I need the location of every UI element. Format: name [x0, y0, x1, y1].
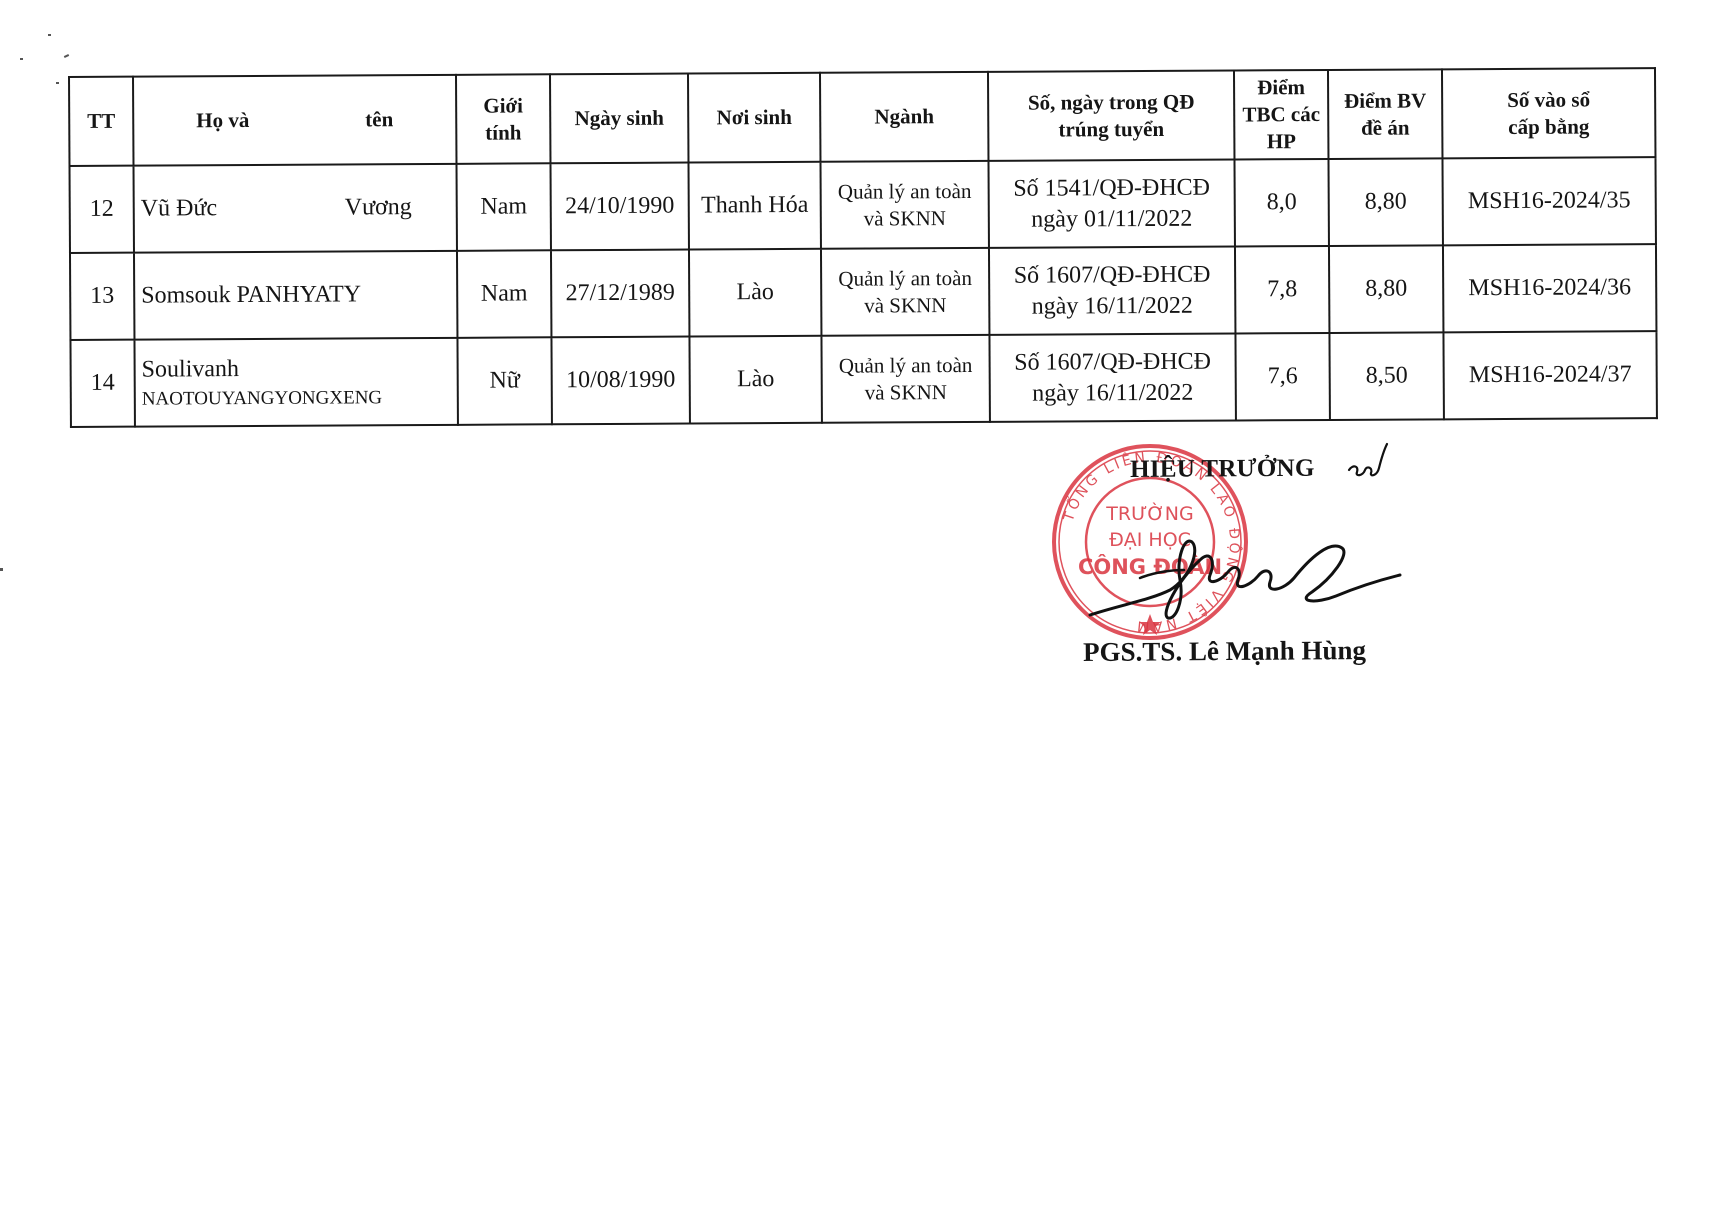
cell-date-of-birth: 27/12/1989	[551, 250, 689, 338]
cell-certificate-number: MSH16-2024/36	[1443, 244, 1656, 332]
header-gender: Giới tính	[456, 74, 550, 164]
signer-name: PGS.TS. Lê Mạnh Hùng	[1083, 635, 1366, 668]
cell-major: Quản lý an toàn và SKNN	[821, 248, 989, 336]
cell-admission-decision: Số 1607/QĐ-ĐHCĐ ngày 16/11/2022	[989, 246, 1235, 334]
handwritten-signature-icon	[1080, 520, 1410, 630]
header-major: Ngành	[820, 72, 988, 162]
graduates-table: TT Họ và tên Giới tính Ngày sinh Nơi sin…	[68, 67, 1658, 428]
name-first: Soulivanh	[142, 356, 239, 383]
cell-major: Quản lý an toàn và SKNN	[820, 161, 988, 249]
cell-date-of-birth: 10/08/1990	[551, 337, 689, 425]
cell-full-name: Somsouk PANHYATY	[134, 251, 457, 340]
cell-defense-score: 8,80	[1328, 158, 1442, 246]
table-row: 12 Vũ Đức Vương Nam 24/10/1990 Thanh Hóa…	[70, 157, 1656, 253]
cell-date-of-birth: 24/10/1990	[550, 163, 688, 251]
header-admission-decision: Số, ngày trong QĐ trúng tuyển	[988, 70, 1234, 160]
cell-full-name: Soulivanh NAOTOUYANGYONGXENG	[134, 338, 457, 427]
name-first: Vũ Đức	[141, 193, 217, 224]
cell-gender: Nam	[457, 250, 551, 338]
cell-certificate-number: MSH16-2024/37	[1443, 331, 1656, 419]
header-name-part1: Họ và	[196, 107, 249, 134]
scan-speck	[64, 54, 69, 58]
header-full-name: Họ và tên	[133, 75, 456, 166]
cell-birthplace: Thanh Hóa	[688, 162, 820, 250]
scan-speck	[56, 82, 59, 84]
header-date-of-birth: Ngày sinh	[550, 74, 688, 164]
graduates-table-container: TT Họ và tên Giới tính Ngày sinh Nơi sin…	[68, 67, 1656, 428]
cell-certificate-number: MSH16-2024/35	[1442, 157, 1655, 245]
header-certificate-number: Số vào sổ cấp bằng	[1442, 68, 1655, 158]
cell-gpa: 8,0	[1234, 159, 1328, 247]
cell-gpa: 7,8	[1235, 246, 1329, 334]
header-defense-score: Điểm BV đề án	[1328, 69, 1442, 159]
cell-admission-decision: Số 1541/QĐ-ĐHCĐ ngày 01/11/2022	[988, 159, 1234, 247]
table-row: 13 Somsouk PANHYATY Nam 27/12/1989 Lào Q…	[70, 244, 1656, 340]
scan-speck	[20, 58, 23, 60]
cell-tt: 12	[70, 166, 134, 253]
table-row: 14 Soulivanh NAOTOUYANGYONGXENG Nữ 10/08…	[70, 331, 1656, 427]
cell-defense-score: 8,80	[1329, 245, 1443, 333]
cell-admission-decision: Số 1607/QĐ-ĐHCĐ ngày 16/11/2022	[989, 333, 1235, 421]
signature-block: TỔNG LIÊN ĐOÀN LAO ĐỘNG VIỆT NAM TRƯỜNG …	[1030, 440, 1430, 680]
scan-speck	[48, 34, 51, 36]
cell-gender: Nam	[456, 163, 550, 251]
name-last: NAOTOUYANGYONGXENG	[142, 386, 453, 412]
initial-mark-icon	[1345, 440, 1391, 486]
cell-tt: 14	[70, 340, 134, 427]
signature-title: HIỆU TRƯỞNG	[1130, 455, 1315, 484]
cell-birthplace: Lào	[689, 249, 821, 337]
scan-speck	[0, 568, 3, 571]
header-gpa: Điểm TBC các HP	[1234, 70, 1328, 160]
header-birthplace: Nơi sinh	[688, 73, 820, 163]
table-header-row: TT Họ và tên Giới tính Ngày sinh Nơi sin…	[69, 68, 1655, 166]
name-last: Vương	[345, 192, 412, 223]
cell-tt: 13	[70, 253, 134, 340]
header-tt: TT	[69, 77, 133, 166]
cell-major: Quản lý an toàn và SKNN	[821, 335, 989, 423]
name-first: Somsouk PANHYATY	[141, 282, 361, 309]
cell-full-name: Vũ Đức Vương	[134, 164, 457, 253]
cell-gpa: 7,6	[1235, 333, 1329, 421]
cell-gender: Nữ	[457, 337, 551, 425]
cell-birthplace: Lào	[689, 336, 821, 424]
header-name-part2: tên	[365, 106, 393, 133]
cell-defense-score: 8,50	[1329, 332, 1443, 420]
